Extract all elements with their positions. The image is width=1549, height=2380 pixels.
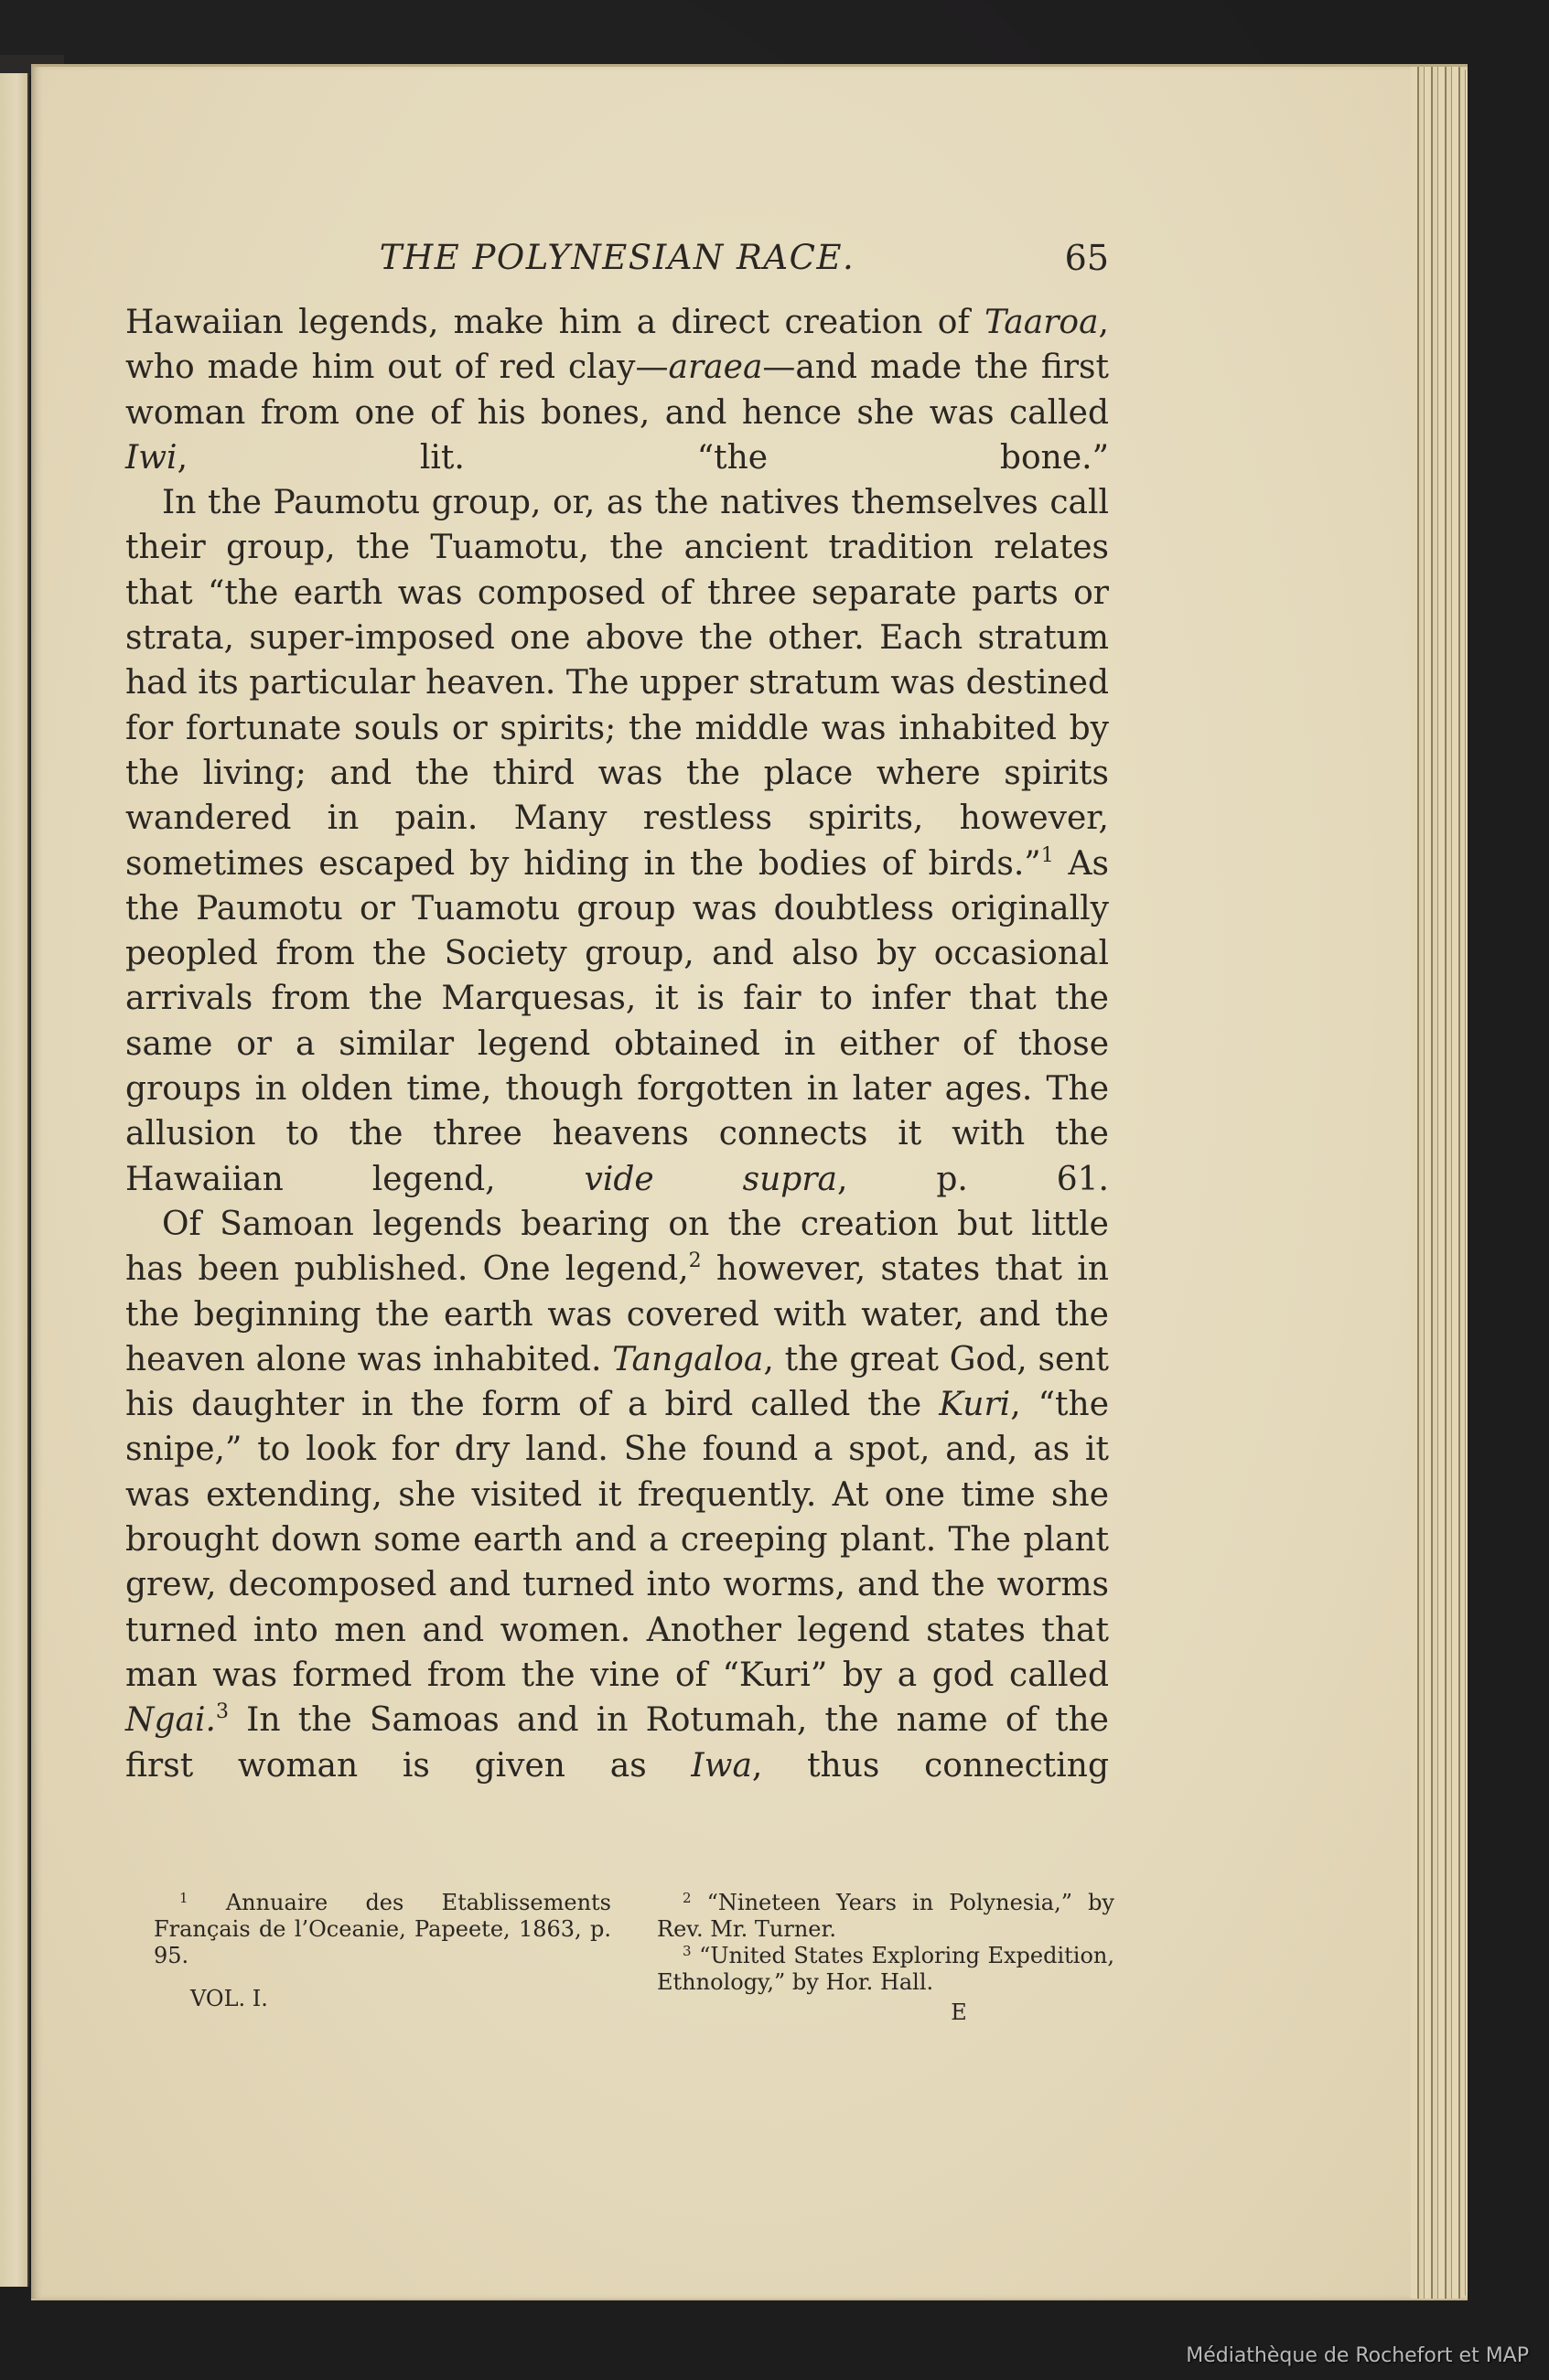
footnote-marker: 3 [683, 1943, 692, 1959]
footnote-2: 2 “Nineteen Years in Polynesia,” by Rev.… [657, 1890, 1114, 1943]
footnote-marker: 2 [683, 1890, 692, 1906]
volume-signature: VOL. I. [190, 1986, 611, 2012]
page-number: 65 [1065, 238, 1109, 278]
page-text-block: THE POLYNESIAN RACE. 65 Hawaiian legends… [125, 227, 1109, 1788]
text-run: In the Paumotu group, or, as the natives… [125, 484, 1109, 882]
paragraph-1: Hawaiian legends, make him a direct crea… [125, 300, 1109, 480]
footnote-column-left: 1 Annuaire des Etablissements Français d… [154, 1890, 611, 2026]
footnote-1: 1 Annuaire des Etablissements Français d… [154, 1890, 611, 1969]
gathering-signature: E [657, 1999, 1114, 2026]
italic-term: vide supra [584, 1161, 837, 1198]
text-run: , lit. “the bone.” [177, 439, 1109, 477]
italic-term: Taaroa [984, 304, 1099, 341]
footnotes: 1 Annuaire des Etablissements Français d… [154, 1890, 1114, 2026]
footnote-text: Annuaire des Etablissements Français de … [154, 1890, 611, 1968]
running-head: THE POLYNESIAN RACE. 65 [125, 227, 1109, 300]
footnote-column-right: 2 “Nineteen Years in Polynesia,” by Rev.… [657, 1890, 1114, 2026]
library-watermark: Médiathèque de Rochefort et MAP [1186, 2344, 1529, 2367]
paragraph-3: Of Samoan legends bearing on the creatio… [125, 1202, 1109, 1788]
footnote-marker: 1 [179, 1890, 188, 1906]
footnote-ref-3[interactable]: 3 [216, 1700, 229, 1723]
footnote-ref-1[interactable]: 1 [1041, 844, 1054, 867]
facing-page-edge [0, 73, 29, 2287]
text-run: , “the snipe,” to look for dry land. She… [125, 1386, 1109, 1694]
italic-term: araea [669, 348, 763, 386]
body-text: Hawaiian legends, make him a direct crea… [125, 300, 1109, 1788]
text-run: , p. 61. [837, 1161, 1109, 1198]
footnote-text: “Nineteen Years in Polynesia,” by Rev. M… [657, 1890, 1114, 1942]
footnote-ref-2[interactable]: 2 [689, 1249, 702, 1272]
italic-term: Ngai. [125, 1701, 216, 1739]
text-run: As the Paumotu or Tuamotu group was doub… [125, 845, 1109, 1198]
text-run: , thus connecting [752, 1747, 1109, 1785]
italic-term: Tangaloa [612, 1341, 763, 1378]
footnote-text: “United States Exploring Expedition, Eth… [657, 1943, 1114, 1995]
text-run: Hawaiian legends, make him a direct crea… [125, 304, 984, 341]
page-fore-edge [1411, 67, 1468, 2299]
paragraph-2: In the Paumotu group, or, as the natives… [125, 480, 1109, 1202]
italic-term: Kuri [939, 1386, 1010, 1423]
footnote-3: 3 “United States Exploring Expedition, E… [657, 1943, 1114, 1996]
italic-term: Iwa [691, 1747, 752, 1785]
italic-term: Iwi [125, 439, 177, 477]
running-head-title: THE POLYNESIAN RACE. [125, 238, 1109, 277]
